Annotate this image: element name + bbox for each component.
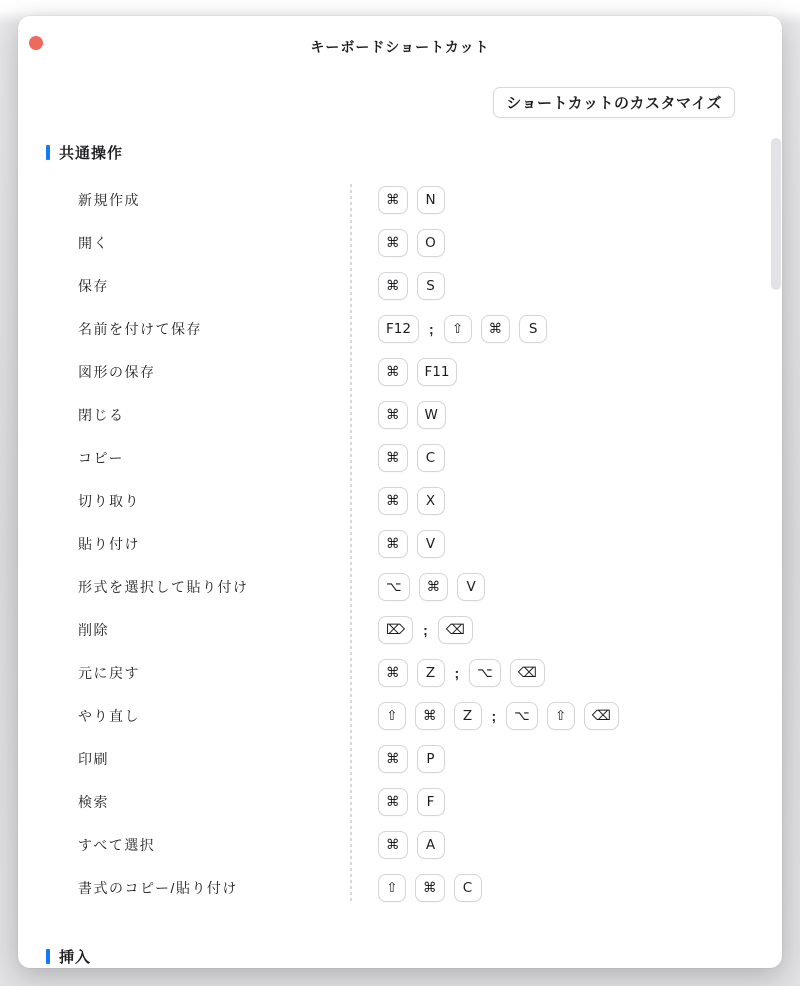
shortcut-keys: ⌘Z;⌥⌫	[350, 659, 545, 687]
shortcut-list: 新規作成⌘N開く⌘O保存⌘S名前を付けて保存F12;⇧⌘S図形の保存⌘F11閉じ…	[18, 178, 782, 909]
key-cap: ⌥	[378, 573, 410, 601]
key-cap: W	[417, 401, 446, 429]
shortcut-label: 形式を選択して貼り付け	[18, 577, 350, 597]
shortcut-row: 保存⌘S	[18, 264, 782, 307]
key-cap: V	[457, 573, 485, 601]
shortcut-row: 印刷⌘P	[18, 737, 782, 780]
key-cap: ⌘	[378, 831, 408, 859]
key-cap: O	[417, 229, 445, 257]
dialog-title: キーボードショートカット	[18, 37, 782, 57]
key-cap: ⌘	[481, 315, 511, 343]
key-cap: ⌘	[378, 487, 408, 515]
key-cap: ⌘	[378, 659, 408, 687]
shortcut-keys: ⌥⌘V	[350, 573, 485, 601]
dotted-divider	[350, 184, 352, 904]
shortcut-row: 形式を選択して貼り付け⌥⌘V	[18, 565, 782, 608]
key-cap: S	[417, 272, 445, 300]
shortcut-label: 新規作成	[18, 190, 350, 210]
key-cap: ⌘	[378, 788, 408, 816]
shortcut-keys: ⌘O	[350, 229, 445, 257]
key-cap: ⌥	[506, 702, 538, 730]
shortcut-label: やり直し	[18, 706, 350, 726]
section-accent-bar	[46, 145, 50, 160]
key-cap: ⌘	[378, 444, 408, 472]
key-cap: S	[519, 315, 547, 343]
customize-shortcuts-button[interactable]: ショートカットのカスタマイズ	[493, 87, 735, 118]
shortcut-keys: ⌘P	[350, 745, 445, 773]
shortcut-row: すべて選択⌘A	[18, 823, 782, 866]
section-header-insert: 挿入	[46, 946, 91, 967]
shortcut-keys: ⌦;⌫	[350, 616, 473, 644]
key-separator: ;	[455, 665, 460, 681]
shortcut-keys: ⌘F11	[350, 358, 457, 386]
key-cap: ⌘	[378, 745, 408, 773]
shortcut-row: 開く⌘O	[18, 221, 782, 264]
shortcut-keys: ⌘X	[350, 487, 445, 515]
key-cap: ⌫	[438, 616, 473, 644]
key-cap: ⌫	[510, 659, 545, 687]
key-cap: P	[417, 745, 445, 773]
key-cap: ⌘	[415, 874, 445, 902]
key-cap: ⌘	[378, 358, 408, 386]
scrollbar-thumb[interactable]	[771, 138, 781, 290]
key-separator: ;	[492, 708, 497, 724]
shortcut-label: 印刷	[18, 749, 350, 769]
key-cap: ⇧	[378, 874, 406, 902]
key-cap: A	[417, 831, 445, 859]
key-cap: ⇧	[547, 702, 575, 730]
shortcut-label: 開く	[18, 233, 350, 253]
shortcut-keys: ⇧⌘Z;⌥⇧⌫	[350, 702, 619, 730]
shortcut-label: 検索	[18, 792, 350, 812]
key-cap: ⌘	[378, 272, 408, 300]
key-cap: ⌘	[378, 401, 408, 429]
shortcut-keys: ⌘S	[350, 272, 445, 300]
key-cap: ⌫	[584, 702, 619, 730]
shortcut-row: やり直し⇧⌘Z;⌥⇧⌫	[18, 694, 782, 737]
key-cap: N	[417, 186, 445, 214]
shortcut-row: 切り取り⌘X	[18, 479, 782, 522]
shortcut-keys: ⌘F	[350, 788, 445, 816]
shortcut-label: コピー	[18, 448, 350, 468]
key-cap: F	[417, 788, 445, 816]
shortcut-label: 図形の保存	[18, 362, 350, 382]
shortcut-label: 書式のコピー/貼り付け	[18, 878, 350, 898]
key-cap: ⌥	[469, 659, 501, 687]
section-label: 共通操作	[59, 142, 123, 163]
shortcut-keys: F12;⇧⌘S	[350, 315, 547, 343]
shortcut-row: 書式のコピー/貼り付け⇧⌘C	[18, 866, 782, 909]
section-accent-bar	[46, 949, 50, 964]
key-cap: C	[417, 444, 445, 472]
key-cap: C	[454, 874, 482, 902]
shortcut-keys: ⌘N	[350, 186, 445, 214]
key-separator: ;	[423, 622, 428, 638]
key-cap: ⌘	[378, 229, 408, 257]
section-header-common-operations: 共通操作	[46, 142, 123, 163]
key-separator: ;	[429, 321, 434, 337]
shortcut-row: 削除⌦;⌫	[18, 608, 782, 651]
shortcut-keys: ⌘A	[350, 831, 445, 859]
shortcut-row: 閉じる⌘W	[18, 393, 782, 436]
key-cap: ⇧	[378, 702, 406, 730]
key-cap: F12	[378, 315, 419, 343]
shortcut-label: 貼り付け	[18, 534, 350, 554]
key-cap: X	[417, 487, 445, 515]
shortcut-row: 新規作成⌘N	[18, 178, 782, 221]
key-cap: ⌘	[378, 530, 408, 558]
shortcut-row: 名前を付けて保存F12;⇧⌘S	[18, 307, 782, 350]
shortcut-keys: ⇧⌘C	[350, 874, 482, 902]
shortcut-row: コピー⌘C	[18, 436, 782, 479]
key-cap: Z	[417, 659, 445, 687]
shortcuts-dialog: キーボードショートカット ショートカットのカスタマイズ 共通操作 新規作成⌘N開…	[18, 16, 782, 968]
shortcut-label: すべて選択	[18, 835, 350, 855]
shortcut-label: 削除	[18, 620, 350, 640]
shortcut-label: 名前を付けて保存	[18, 319, 350, 339]
shortcut-keys: ⌘W	[350, 401, 446, 429]
shortcut-label: 切り取り	[18, 491, 350, 511]
key-cap: Z	[454, 702, 482, 730]
shortcut-row: 図形の保存⌘F11	[18, 350, 782, 393]
key-cap: F11	[417, 358, 458, 386]
section-label: 挿入	[59, 946, 91, 967]
shortcut-row: 元に戻す⌘Z;⌥⌫	[18, 651, 782, 694]
shortcut-label: 元に戻す	[18, 663, 350, 683]
shortcut-keys: ⌘C	[350, 444, 445, 472]
key-cap: ⌦	[378, 616, 413, 644]
shortcut-row: 検索⌘F	[18, 780, 782, 823]
key-cap: ⌘	[378, 186, 408, 214]
shortcut-label: 保存	[18, 276, 350, 296]
key-cap: ⌘	[415, 702, 445, 730]
key-cap: ⇧	[444, 315, 472, 343]
shortcut-label: 閉じる	[18, 405, 350, 425]
shortcut-row: 貼り付け⌘V	[18, 522, 782, 565]
key-cap: ⌘	[419, 573, 449, 601]
shortcut-keys: ⌘V	[350, 530, 445, 558]
key-cap: V	[417, 530, 445, 558]
